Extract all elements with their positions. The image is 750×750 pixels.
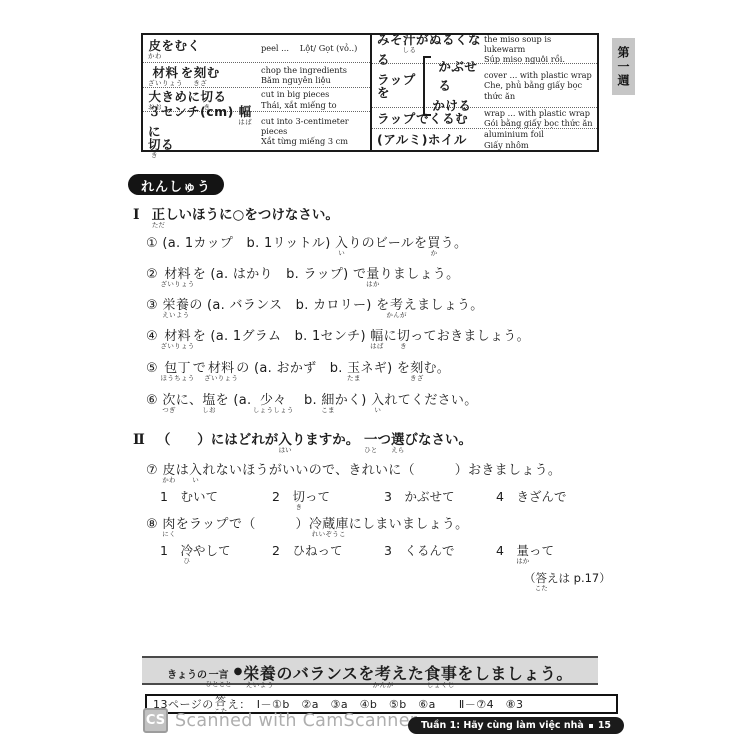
vocab-term-option: かける — [432, 96, 482, 115]
section2-instruction: （ ）にはどれが入はいりますか。 一ひとつ選えらびなさい。 — [157, 432, 472, 448]
choice-3: 3 くるんで — [384, 541, 496, 564]
question-7: ⑦ 皮かわは入いれないほうがいいので、きれいに（ ）おきましょう。 — [146, 459, 561, 483]
section2-numeral: Ⅱ — [133, 432, 145, 448]
question-8-choices: 1 冷ひやして 2 ひねって 3 くるんで 4 量はかって — [160, 541, 608, 564]
choice-2: 2 ひねって — [272, 541, 384, 564]
answer-page-reference: （答こたえは p.17） — [524, 570, 611, 591]
choice-1: 1 冷ひやして — [160, 541, 272, 564]
question-8: ⑧ 肉にくをラップで（ ）冷蔵庫れいぞうこにしまいましょう。 — [146, 513, 468, 537]
question-2: ② 材料ざいりょうを (a. はかり b. ラップ) で量はかりましょう。 — [146, 263, 459, 287]
vocab-table: 皮かわをむく peel ... Lột/ Gọt (vỏ..) 材料ざいりょうを… — [141, 33, 599, 152]
vocab-term-prefix: ラップを — [377, 73, 421, 99]
week-tab: 第一週 — [612, 38, 635, 95]
page-footer-label: Tuần 1: Hãy cùng làm việc nhà — [421, 720, 584, 731]
vocab-translation: cover ... with plastic wrap Che, phủ bằn… — [484, 70, 597, 101]
vocab-term: ３センチ(cm) 幅はばに切きる — [143, 104, 261, 158]
question-3: ③ 栄養えいようの (a. バランス b. カロリー) を考かんがえましょう。 — [146, 294, 484, 318]
square-bullet-icon — [589, 724, 593, 728]
camscanner-watermark: Scanned with CamScanner — [175, 711, 417, 731]
choice-4: 4 きざんで — [496, 487, 608, 510]
choice-2: 2 切きって — [272, 487, 384, 510]
section1-heading: Ⅰ正ただしいほうに○をつけなさい。 — [133, 203, 339, 228]
question-5: ⑤ 包丁ほうちょうで材料ざいりょうの (a. おかず b. 玉たまネギ) を刻き… — [146, 357, 450, 381]
vocab-term: (アルミ)ホイル — [372, 132, 484, 146]
tip-text: 栄養えいようのバランスを考かんがえた食事しょくじをしましょう。 — [243, 661, 573, 688]
vocab-row: (アルミ)ホイル aluminium foil Giấy nhôm — [372, 128, 597, 150]
tip-of-the-day: きょうの一言ひとこと ● 栄養えいようのバランスを考かんがえた食事しょくじをしま… — [142, 656, 598, 685]
vocab-row: ラップでくるむ wrap ... with plastic wrap Gói b… — [372, 107, 597, 128]
vocab-table-right-column: みそ汁しるがぬるくなる the miso soup is lukewarm Sú… — [370, 35, 597, 150]
bullet-icon: ● — [234, 666, 243, 677]
vocab-translation: cut in big pieces Thái, xắt miếng to — [261, 89, 370, 110]
bracket-icon: かぶせる かける — [423, 55, 482, 117]
vocab-table-left-column: 皮かわをむく peel ... Lột/ Gọt (vỏ..) 材料ざいりょうを… — [143, 35, 370, 150]
section2-heading: Ⅱ（ ）にはどれが入はいりますか。 一ひとつ選えらびなさい。 — [133, 428, 472, 453]
question-6: ⑥ 次つぎに、塩しおを (a. 少々しょうしょう b. 細こまかく) 入いれてく… — [146, 389, 478, 413]
section1-numeral: Ⅰ — [133, 207, 140, 223]
camscanner-logo-icon: CS — [143, 708, 168, 733]
vocab-term: 材料ざいりょうを刻きざむ — [143, 65, 261, 86]
vocab-translation: chop the ingredients Băm nguyên liệu — [261, 65, 370, 86]
choice-1: 1 むいて — [160, 487, 272, 510]
section1-instruction: 正ただしいほうに○をつけなさい。 — [152, 207, 339, 223]
vocab-row: ３センチ(cm) 幅はばに切きる cut into 3-centimeter p… — [143, 111, 370, 150]
vocab-row: 皮かわをむく peel ... Lột/ Gọt (vỏ..) — [143, 35, 370, 62]
practice-badge: れんしゅう — [128, 174, 224, 195]
question-7-choices: 1 むいて 2 切きって 3 かぶせて 4 きざんで — [160, 487, 608, 510]
question-1: ① (a. 1カップ b. 1リットル) 入いりのビールを買かう。 — [146, 232, 467, 256]
vocab-row: 材料ざいりょうを刻きざむ chop the ingredients Băm ng… — [143, 62, 370, 87]
page-number: 15 — [598, 720, 611, 731]
vocab-term-option: かぶせる — [438, 57, 482, 96]
choice-3: 3 かぶせて — [384, 487, 496, 510]
question-4: ④ 材料ざいりょうを (a. 1グラム b. 1センチ) 幅はばに切きっておきま… — [146, 325, 530, 349]
vocab-translation: the miso soup is lukewarm Súp miso nguội… — [484, 34, 597, 65]
vocab-translation: wrap ... with plastic wrap Gói bằng giấy… — [484, 108, 597, 129]
choice-4: 4 量はかって — [496, 541, 608, 564]
vocab-term: 皮かわをむく — [143, 38, 261, 59]
tip-label: きょうの一言ひとこと — [167, 666, 232, 687]
vocab-translation: aluminium foil Giấy nhôm — [484, 129, 597, 150]
vocab-translation: peel ... Lột/ Gọt (vỏ..) — [261, 43, 370, 53]
vocab-row: ラップを かぶせる かける cover ... with plastic wra… — [372, 63, 597, 107]
vocab-translation: cut into 3-centimeter pieces Xắt từng mi… — [261, 116, 370, 147]
page-footer-tab: Tuần 1: Hãy cùng làm việc nhà 15 — [408, 717, 624, 734]
